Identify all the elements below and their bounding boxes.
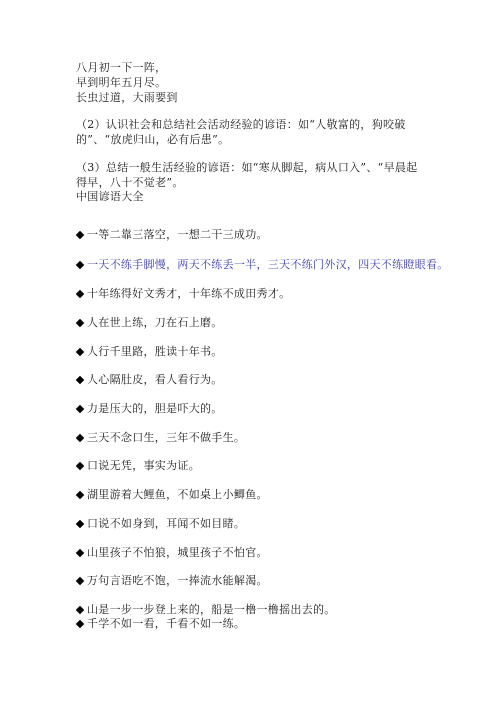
proverb-text: 口说不如身到，耳闻不如目睹。 [87,517,245,530]
black-diamond-icon [76,347,84,355]
proverb-text: 一天不练手脚慢，两天不练丢一半，三天不练门外汉，四天不练瞪眼看。 [87,258,449,271]
proverb-item: 千学不如一看，千看不如一练。 [76,617,245,631]
paragraph-social-proverbs: （2）认识社会和总结社会活动经验的谚语：如“人敬富的，狗咬破的”、“放虎归山，必… [76,117,421,147]
black-diamond-icon [76,289,84,297]
proverb-item: 口说不如身到，耳闻不如目睹。 [76,517,245,531]
proverb-item: 力是压大的，胆是吓大的。 [76,402,223,416]
proverb-text: 人行千里路，胜读十年书。 [87,345,223,358]
proverb-item: 山是一步一步登上来的，船是一橹一橹摇出去的。 [76,603,336,617]
proverb-item: 人在世上练，刀在石上磨。 [76,316,223,330]
black-diamond-icon [76,375,84,383]
proverb-item: 十年练得好文秀才，十年练不成田秀才。 [76,287,290,301]
proverb-text: 万句言语吃不饱，一捧流水能解渴。 [87,574,268,587]
proverb-item: 人行千里路，胜读十年书。 [76,345,223,359]
black-diamond-icon [76,260,84,268]
proverb-item: 口说无凭，事实为证。 [76,459,200,473]
proverb-item: 山里孩子不怕狼，城里孩子不怕官。 [76,546,268,560]
black-diamond-icon [76,433,84,441]
black-diamond-icon [76,576,84,584]
black-diamond-icon [76,605,84,613]
document-page: 八月初一下一阵， 早到明年五月尽。 长虫过道，大雨要到 （2）认识社会和总结社会… [0,0,500,708]
proverb-text: 十年练得好文秀才，十年练不成田秀才。 [87,287,290,300]
intro-line: 早到明年五月尽。 [76,76,166,90]
section-title: 中国谚语大全 [76,190,144,204]
proverb-text: 三天不念口生，三年不做手生。 [87,431,245,444]
intro-line: 八月初一下一阵， [76,61,166,75]
proverb-text: 口说无凭，事实为证。 [87,459,200,472]
proverb-text: 一等二靠三落空，一想二干三成功。 [87,228,268,241]
proverb-text: 人在世上练，刀在石上磨。 [87,316,223,329]
proverb-text: 人心隔肚皮，看人看行为。 [87,373,223,386]
proverb-item: 一天不练手脚慢，两天不练丢一半，三天不练门外汉，四天不练瞪眼看。 [76,258,449,272]
proverb-item: 三天不念口生，三年不做手生。 [76,431,245,445]
proverb-text: 千学不如一看，千看不如一练。 [87,617,245,630]
black-diamond-icon [76,490,84,498]
proverb-text: 山是一步一步登上来的，船是一橹一橹摇出去的。 [87,603,336,616]
black-diamond-icon [76,461,84,469]
black-diamond-icon [76,404,84,412]
paragraph-life-proverbs: （3）总结一般生活经验的谚语：如“寒从脚起，病从口入”、“早晨起得早，八十不觉老… [76,160,421,190]
proverb-text: 湖里游着大鲤鱼，不如桌上小鲫鱼。 [87,488,268,501]
black-diamond-icon [76,230,84,238]
black-diamond-icon [76,619,84,627]
proverb-item: 人心隔肚皮，看人看行为。 [76,373,223,387]
proverb-text: 山里孩子不怕狼，城里孩子不怕官。 [87,546,268,559]
black-diamond-icon [76,318,84,326]
proverb-text: 力是压大的，胆是吓大的。 [87,402,223,415]
black-diamond-icon [76,548,84,556]
proverb-item: 一等二靠三落空，一想二干三成功。 [76,228,268,242]
proverb-item: 湖里游着大鲤鱼，不如桌上小鲫鱼。 [76,488,268,502]
intro-line: 长虫过道，大雨要到 [76,91,178,105]
proverb-item: 万句言语吃不饱，一捧流水能解渴。 [76,574,268,588]
black-diamond-icon [76,519,84,527]
